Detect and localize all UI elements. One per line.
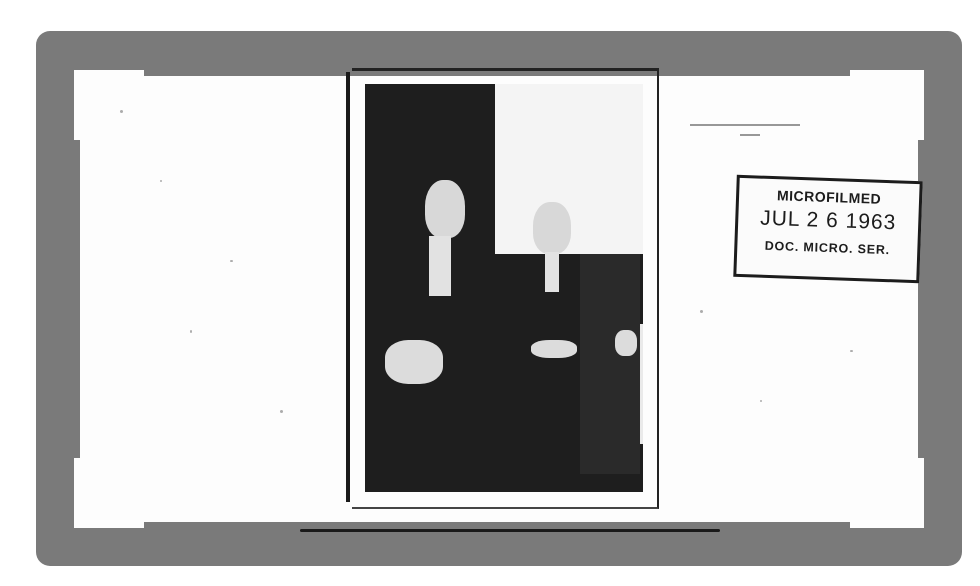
- corner-tl: [74, 70, 144, 140]
- speck: [160, 180, 162, 182]
- bottom-rule: [300, 529, 720, 532]
- speck: [280, 410, 283, 413]
- bottom-edge-inset: [144, 522, 850, 528]
- photo-figure-right-shirt: [545, 252, 559, 292]
- photo-figure-left-shirt: [429, 236, 451, 296]
- faint-typed-mark: [740, 134, 760, 136]
- speck: [190, 330, 192, 333]
- speck: [230, 260, 233, 262]
- speck: [120, 110, 123, 113]
- clipping-left-rule: [346, 72, 350, 502]
- speck: [760, 400, 762, 402]
- stamp-series: DOC. MICRO. SER.: [737, 238, 917, 258]
- speck: [700, 310, 703, 313]
- photo-figure-right-hands: [531, 340, 577, 358]
- speck: [850, 350, 853, 352]
- photo-figure-right-head: [533, 202, 571, 254]
- photo-chair: [580, 254, 640, 474]
- stamp-title: MICROFILMED: [739, 186, 919, 208]
- photo-figure-left-head: [425, 180, 465, 238]
- stamp-date: JUL 2 6 1963: [738, 206, 919, 236]
- faint-typed-line: [690, 124, 800, 126]
- left-edge-inset: [74, 140, 80, 458]
- photo-chair-highlight: [615, 330, 637, 356]
- photo-figure-left-hands: [385, 340, 443, 384]
- photograph: [365, 84, 643, 492]
- microfilmed-stamp: MICROFILMED JUL 2 6 1963 DOC. MICRO. SER…: [733, 175, 922, 283]
